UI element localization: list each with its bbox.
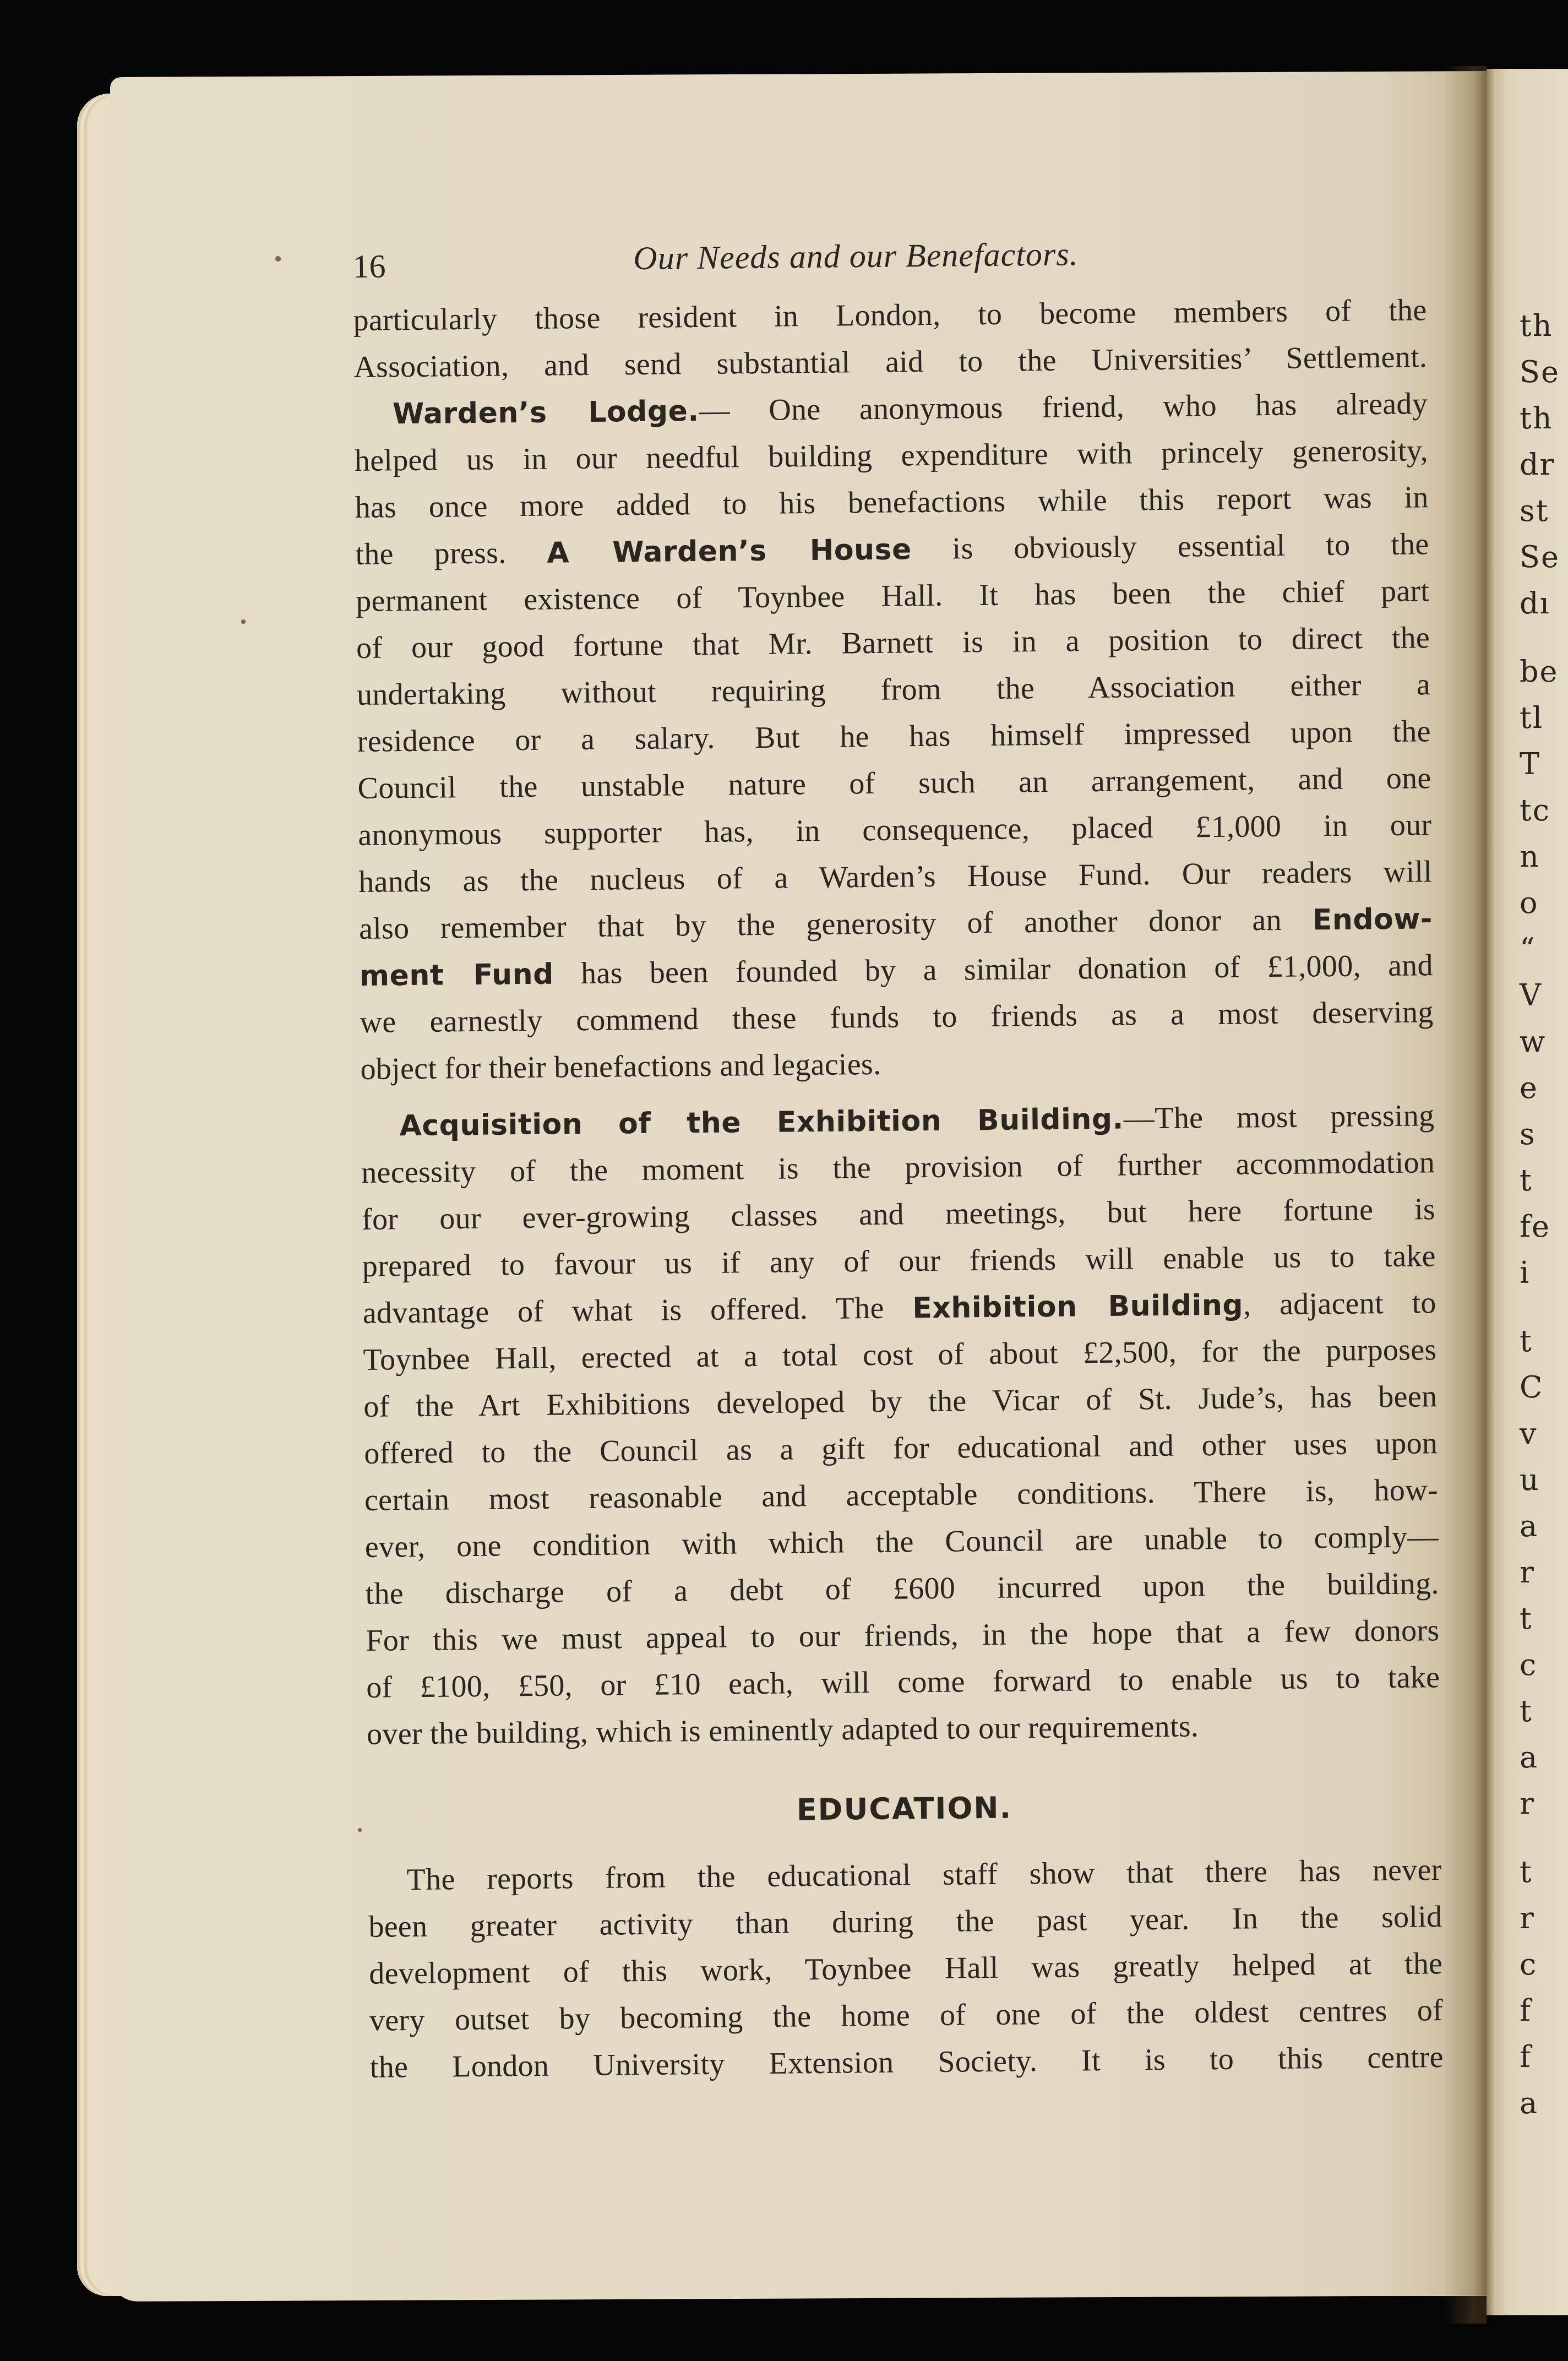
text-run: , adjacent to [1243,1286,1436,1321]
text-run: prepared to favour us if any of our frie… [362,1239,1436,1283]
facing-page-text-fragment: T [1520,747,1540,781]
facing-page-text-fragment: r [1520,1901,1535,1935]
intro-paragraph: particularly those resident in London, t… [353,287,1428,391]
facing-page-text-fragment: dr [1520,447,1555,482]
facing-page-text-fragment: a [1520,1740,1538,1775]
text-run: advantage of what is offered. The [362,1291,912,1330]
education-heading: EDUCATION. [367,1786,1441,1835]
bold-term: Endow- [1313,902,1433,937]
facing-page-text-fragment: t [1520,1601,1533,1636]
facing-page-text-fragment: r [1520,1555,1535,1590]
facing-page-text-fragment: n [1520,839,1540,874]
facing-page-text-fragment: fe [1520,1209,1550,1244]
text-run: Toynbee Hall, erected at a total cost of… [363,1332,1437,1377]
text-run: also remember that by the generosity of … [359,902,1313,946]
exhibition-building-section: Acquisition of the Exhibition Building.—… [361,1092,1440,1758]
page-content: 16 Our Needs and our Benefactors. partic… [352,226,1444,2091]
facing-page-text-fragment: Se [1520,355,1560,389]
text-run: — One anonymous friend, who has already [699,387,1428,428]
facing-page-text-fragment: f [1520,1993,1532,2028]
text-run: undertaking without requiring from the A… [357,667,1431,712]
facing-page-text-fragment: tl [1520,700,1543,735]
paper-speck [358,1828,362,1832]
text-run: anonymous supporter has, in consequence,… [358,808,1432,852]
facing-page-text-fragment: o [1520,885,1539,920]
facing-page-text-fragment: c [1520,1647,1537,1682]
text-run: of our good fortune that Mr. Barnett is … [356,621,1430,665]
facing-page-text-fragment: t [1520,1324,1533,1358]
text-run: object for their benefactions and legaci… [360,1047,881,1086]
facing-page-text-fragment: Se [1520,540,1560,574]
facing-page-text-fragment: C [1520,1370,1543,1405]
bold-term: Exhibition Building [912,1289,1243,1325]
facing-page-text-fragment: f [1520,2039,1532,2074]
facing-page-text-fragment: th [1520,308,1553,343]
facing-page-text-fragment: “ [1520,932,1536,966]
facing-page-text-fragment: s [1520,1117,1536,1151]
text-run: hands as the nucleus of a Warden’s House… [358,855,1433,899]
text-run: the discharge of a debt of £600 incurred… [365,1566,1439,1611]
text-run: residence or a salary. But he has himsel… [357,714,1431,759]
facing-page-text-fragment: r [1520,1786,1535,1821]
section-run-in-heading: Acquisition of the Exhibition Building. [399,1103,1124,1143]
text-line: over the building, which is eminently ad… [367,1701,1441,1758]
facing-page-text-fragment: a [1520,1509,1538,1543]
text-run: permanent existence of Toynbee Hall. It … [356,574,1430,618]
facing-page-text-fragment: v [1520,1416,1538,1451]
text-run: over the building, which is eminently ad… [367,1709,1199,1751]
facing-page-text-fragment: be [1520,654,1559,689]
text-run: Council the unstable nature of such an a… [357,761,1431,806]
text-run: —The most pressing [1124,1098,1435,1135]
running-title: Our Needs and our Benefactors. [633,235,1079,278]
facing-page-text-fragment: V [1520,978,1542,1013]
facing-page-text-fragment: i [1520,1255,1530,1290]
text-run: of £100, £50, or £10 each, will come for… [366,1660,1440,1705]
text-run: necessity of the moment is the provision… [361,1145,1435,1190]
text-run: For this we must appeal to our friends, … [366,1613,1440,1658]
text-run: we earnestly commend these funds to frie… [360,995,1434,1040]
paper-speck [275,256,281,262]
book-gutter-shadow [1442,66,1487,2324]
text-run: certain most reasonable and acceptable c… [364,1473,1439,1517]
text-run: offered to the Council as a gift for edu… [364,1426,1438,1471]
facing-page-text-fragment: u [1520,1462,1540,1497]
bold-term: A Warden’s House [547,533,912,569]
facing-page-text-fragment: dı [1520,586,1550,621]
wardens-lodge-section: Warden’s Lodge.— One anonymous friend, w… [354,380,1434,1093]
text-run: has once more added to his benefactions … [355,480,1429,525]
facing-page-text-fragment: th [1520,401,1553,436]
book-page-right-fragment: thSethdrstSedıbetlTtcno“VwestfeitCvuartc… [1487,69,1568,2315]
text-run: ever, one condition with which the Counc… [365,1520,1439,1564]
text-run: the press. [355,536,547,572]
text-run: helped us in our needful building expend… [355,433,1429,478]
facing-page-text-fragment: w [1520,1024,1546,1059]
education-section: The reports from the educational staff s… [368,1847,1444,2091]
facing-page-text-fragment: t [1520,1163,1533,1198]
facing-page-text-fragment: c [1520,1947,1537,1982]
running-header: 16 Our Needs and our Benefactors. [352,226,1427,297]
text-run: has been founded by a similar donation o… [554,948,1433,991]
facing-page-text-fragment: t [1520,1694,1533,1728]
page-number: 16 [352,247,386,286]
facing-page-text-fragment: st [1520,493,1549,528]
bold-term: ment Fund [360,958,554,993]
text-run: is obviously essential to the [912,527,1429,566]
paper-speck [241,619,246,624]
facing-page-text-fragment: t [1520,1854,1533,1889]
facing-page-text-fragment: a [1520,2086,1538,2120]
facing-page-text-fragment: e [1520,1070,1538,1105]
facing-page-text-fragment: tc [1520,793,1550,828]
text-run: for our ever-growing classes and meeting… [362,1192,1436,1237]
section-run-in-heading: Warden’s Lodge. [393,395,699,431]
text-run: of the Art Exhibitions developed by the … [363,1379,1438,1424]
